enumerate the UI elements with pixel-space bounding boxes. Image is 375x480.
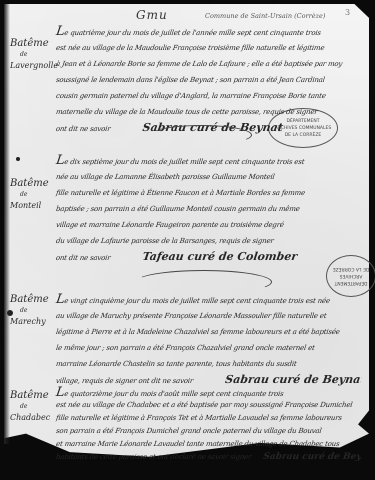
entry-line: soussigné le lendemain dans l'église de … [55, 72, 362, 88]
entry-line: village et marraine Léonarde Faugeiron p… [55, 217, 362, 233]
signature-flourish [135, 270, 272, 294]
entry-line: Le vingt cinquième jour du mois de juill… [55, 292, 362, 308]
closing-text: ont dit ne savoir [55, 254, 111, 262]
margin-title: Batême [10, 294, 54, 305]
entry-line: et marraine Marie Léonarde Lavaudel tant… [55, 438, 362, 451]
header-note: Commune de Saint-Ursain (Corrèze) [205, 12, 325, 20]
entry-line: fille naturelle et légitime à Étienne Fa… [55, 185, 362, 201]
margin-name: Lavergnolle [10, 60, 54, 71]
margin-note-entry-2: Batême de Monteil [10, 178, 54, 211]
closing-text: ont dit ne savoir [55, 125, 111, 133]
baptism-entry-4: Le quatorzième jour du mois d'août mille… [56, 386, 361, 464]
stamp-text: DE LA CORRÈZE [333, 267, 370, 272]
margin-title: Batême [10, 390, 54, 401]
stamp-text: ARCHIVES [340, 274, 363, 279]
entry-line: au village de Maruchy présente Françoise… [55, 308, 362, 324]
margin-note-entry-4: Batême de Chadabec [10, 390, 54, 423]
priest-signature: Sabrau curé de Beynat [263, 452, 362, 462]
closing-text: village, requis de signer ont dit ne sav… [55, 377, 193, 385]
entry-line: Le quatorzième jour du mois d'août mille… [55, 386, 362, 399]
margin-name: Chadabec [10, 412, 54, 423]
entry-line: maternelle du village de la Maudoulie to… [55, 104, 362, 120]
entry-line: née au village de Lamanne Élisabeth paro… [55, 169, 362, 185]
signature-flourish [150, 125, 252, 145]
entry-line: son parrain a été François Dumichel gran… [55, 425, 362, 438]
margin-title: Batême [10, 178, 54, 189]
entry-line: marraine Léonarde Chastelin sa tante par… [55, 356, 362, 372]
entry-line: légitime à Pierre et à la Madeleine Chaz… [55, 324, 362, 340]
margin-title: Batême [10, 38, 54, 49]
entry-line: Le dix septième jour du mois de juillet … [55, 153, 362, 169]
margin-de: de [10, 189, 54, 200]
ink-blot [7, 310, 13, 316]
margin-de: de [10, 305, 54, 316]
priest-signature: Sabrau curé de Beynat [224, 373, 362, 386]
baptism-entry-2: Le dix septième jour du mois de juillet … [56, 153, 361, 265]
entry-line: Le quatrième jour du mois de juillet de … [55, 24, 362, 40]
entry-line: cousin germain paternel du village d'Ang… [55, 88, 362, 104]
baptism-entry-3: Le vingt cinquième jour du mois de juill… [56, 292, 361, 388]
margin-name: Monteil [10, 200, 54, 211]
margin-note-entry-1: Batême de Lavergnolle [10, 38, 54, 71]
entry-line: baptisée ; son parrain a été Guillaume M… [55, 201, 362, 217]
baptism-entry-1: Le quatrième jour du mois de juillet de … [56, 24, 361, 136]
page-number: 3 [345, 8, 350, 17]
margin-de: de [10, 401, 54, 412]
entry-line: est née au village de la Maudoulie Franç… [55, 40, 362, 56]
stamp-text: DÉPARTEMENT [334, 281, 367, 286]
entry-line: est née au village de Chadabec et a été … [55, 399, 362, 412]
entry-line: le même jour ; son parrain a été Françoi… [55, 340, 362, 356]
entry-line: fille naturelle et légitime à François T… [55, 412, 362, 425]
margin-note-entry-3: Batême de Marechy [10, 294, 54, 327]
closing-text: habitants de cette paroisse et ont décla… [56, 453, 252, 461]
priest-signature: Tafeau curé de Colomber [142, 250, 298, 263]
entry-closing-line: habitants de cette paroisse et ont décla… [55, 451, 362, 464]
entry-closing-line: ont dit ne savoir Tafeau curé de Colombe… [55, 249, 362, 265]
margin-de: de [10, 49, 54, 60]
entry-line: du village de Lafaurie paroisse de la Ba… [55, 233, 362, 249]
ink-dot [16, 157, 20, 161]
margin-name: Marechy [10, 316, 54, 327]
header-mark: Gmu [136, 8, 168, 22]
entry-line: à Jean et à Léonarde Borie sa femme de L… [55, 56, 362, 72]
